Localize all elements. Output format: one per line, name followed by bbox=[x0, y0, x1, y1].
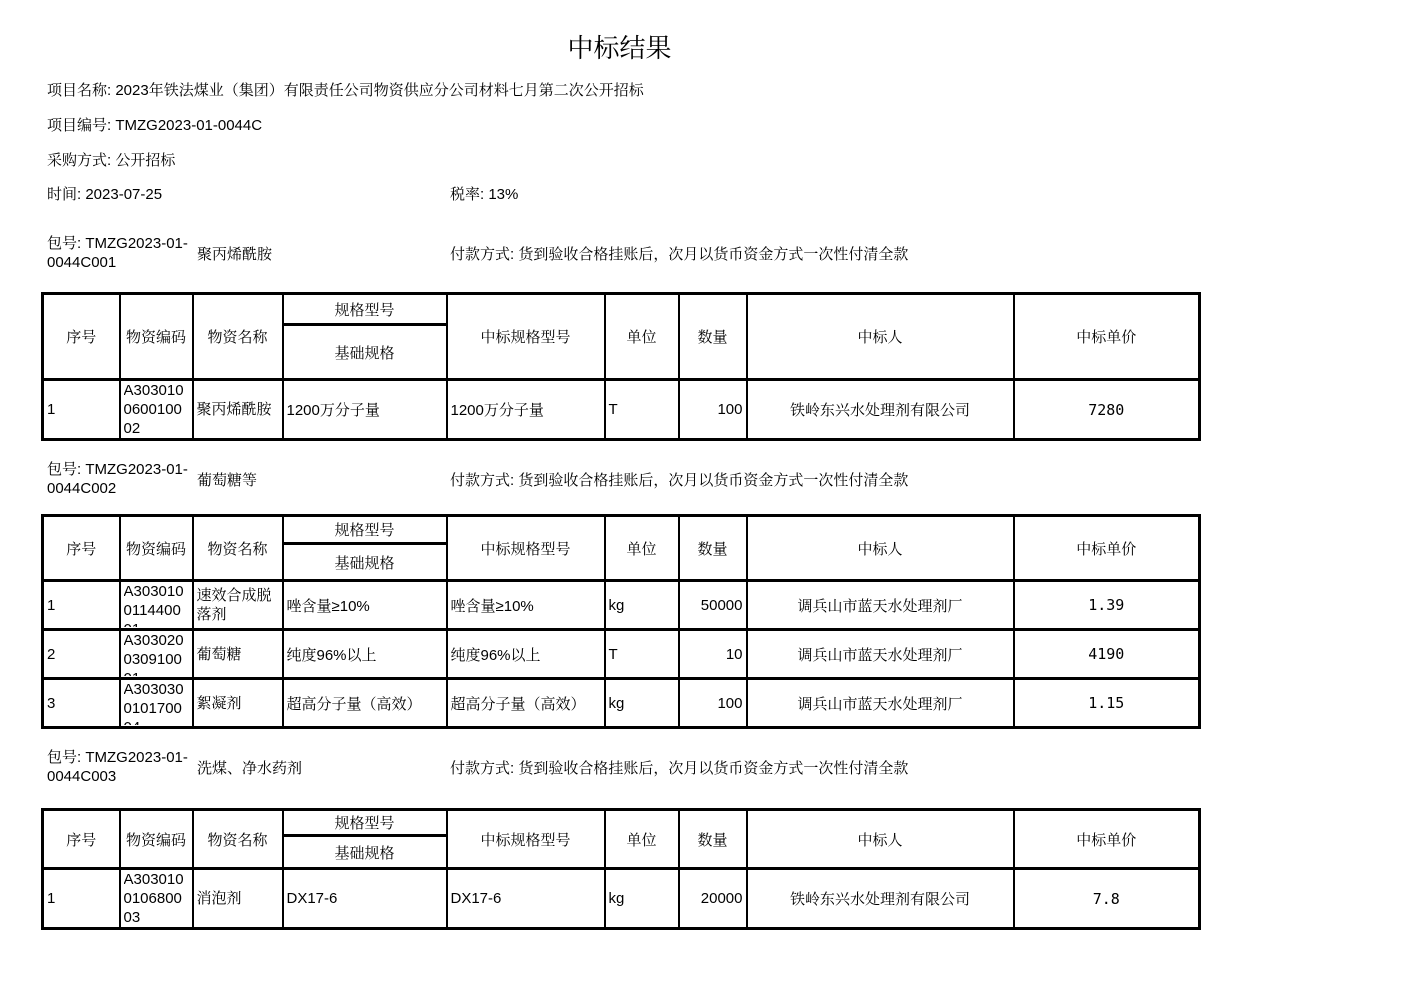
col-header-price: 中标单价 bbox=[1014, 810, 1200, 869]
col-header-name: 物资名称 bbox=[193, 294, 283, 380]
payment-terms-value: 货到验收合格挂账后，次月以货币资金方式一次性付清全款 bbox=[518, 246, 908, 263]
time-value: 2023-07-25 bbox=[85, 186, 162, 203]
package-number-label: 包号: bbox=[47, 749, 81, 766]
col-header-win-spec: 中标规格型号 bbox=[447, 810, 605, 869]
cell-seq: 2 bbox=[43, 630, 120, 679]
col-header-winner: 中标人 bbox=[747, 810, 1014, 869]
col-header-seq: 序号 bbox=[43, 294, 120, 380]
page-title: 中标结果 bbox=[41, 34, 1198, 64]
payment-terms-2: 付款方式: 货到验收合格挂账后，次月以货币资金方式一次性付清全款 bbox=[450, 469, 1198, 490]
procurement-method-line: 采购方式: 公开招标 bbox=[47, 152, 1198, 169]
col-header-winner: 中标人 bbox=[747, 294, 1014, 380]
cell-unit: kg bbox=[605, 869, 679, 929]
col-header-code: 物资编码 bbox=[120, 810, 193, 869]
procurement-method-label: 采购方式: bbox=[47, 152, 111, 169]
col-header-price: 中标单价 bbox=[1014, 294, 1200, 380]
cell-material-name: 絮凝剂 bbox=[193, 679, 283, 728]
table-row: 1 A303010011440001 速效合成脱落剂 唑含量≥10% 唑含量≥1… bbox=[43, 581, 1200, 630]
project-number-line: 项目编号: TMZG2023-01-0044C bbox=[47, 117, 1198, 134]
document-content: 中标结果 项目名称: 2023年铁法煤业（集团）有限责任公司物资供应分公司材料七… bbox=[0, 0, 1198, 930]
cell-qty: 50000 bbox=[679, 581, 747, 630]
time-field: 时间: 2023-07-25 bbox=[47, 186, 450, 203]
cell-win-spec: DX17-6 bbox=[447, 869, 605, 929]
cell-price: 7.8 bbox=[1014, 869, 1200, 929]
cell-winner: 铁岭东兴水处理剂有限公司 bbox=[747, 380, 1014, 440]
cell-material-code: A303010060010002 bbox=[120, 380, 193, 440]
col-header-unit: 单位 bbox=[605, 516, 679, 581]
cell-price: 1.15 bbox=[1014, 679, 1200, 728]
project-name-label: 项目名称: bbox=[47, 82, 111, 99]
cell-price: 4190 bbox=[1014, 630, 1200, 679]
package-header-1: 包号: TMZG2023-01-0044C001 聚丙烯酰胺 付款方式: 货到验… bbox=[47, 234, 1198, 272]
cell-unit: kg bbox=[605, 581, 679, 630]
cell-unit: T bbox=[605, 630, 679, 679]
cell-unit: kg bbox=[605, 679, 679, 728]
cell-qty: 100 bbox=[679, 679, 747, 728]
project-number-value: TMZG2023-01-0044C bbox=[115, 117, 262, 134]
col-header-seq: 序号 bbox=[43, 810, 120, 869]
col-header-win-spec: 中标规格型号 bbox=[447, 294, 605, 380]
project-name-line: 项目名称: 2023年铁法煤业（集团）有限责任公司物资供应分公司材料七月第二次公… bbox=[47, 82, 1198, 99]
time-tax-line: 时间: 2023-07-25 税率: 13% bbox=[47, 186, 1198, 203]
table-row: 2 A303020030910001 葡萄糖 纯度96%以上 纯度96%以上 T… bbox=[43, 630, 1200, 679]
package-header-3: 包号: TMZG2023-01-0044C003 洗煤、净水药剂 付款方式: 货… bbox=[47, 748, 1198, 786]
time-label: 时间: bbox=[47, 186, 81, 203]
package-number-2: 包号: TMZG2023-01-0044C002 bbox=[47, 460, 197, 498]
col-header-base-spec: 基础规格 bbox=[283, 836, 447, 869]
payment-terms-value: 货到验收合格挂账后，次月以货币资金方式一次性付清全款 bbox=[518, 472, 908, 489]
cell-seq: 1 bbox=[43, 869, 120, 929]
table-row: 1 A303010010680003 消泡剂 DX17-6 DX17-6 kg … bbox=[43, 869, 1200, 929]
cell-base-spec: 唑含量≥10% bbox=[283, 581, 447, 630]
tax-rate-value: 13% bbox=[488, 186, 518, 203]
cell-winner: 调兵山市蓝天水处理剂厂 bbox=[747, 630, 1014, 679]
col-header-name: 物资名称 bbox=[193, 516, 283, 581]
project-name-value: 2023年铁法煤业（集团）有限责任公司物资供应分公司材料七月第二次公开招标 bbox=[115, 82, 643, 99]
cell-qty: 100 bbox=[679, 380, 747, 440]
package-number-1: 包号: TMZG2023-01-0044C001 bbox=[47, 234, 197, 272]
col-header-spec: 规格型号 bbox=[283, 294, 447, 325]
payment-terms-value: 货到验收合格挂账后，次月以货币资金方式一次性付清全款 bbox=[518, 760, 908, 777]
cell-win-spec: 唑含量≥10% bbox=[447, 581, 605, 630]
cell-qty: 20000 bbox=[679, 869, 747, 929]
col-header-winner: 中标人 bbox=[747, 516, 1014, 581]
payment-terms-label: 付款方式: bbox=[450, 246, 514, 263]
cell-material-name: 聚丙烯酰胺 bbox=[193, 380, 283, 440]
col-header-base-spec: 基础规格 bbox=[283, 325, 447, 380]
cell-winner: 调兵山市蓝天水处理剂厂 bbox=[747, 581, 1014, 630]
bid-results-table-3: 序号 物资编码 物资名称 规格型号 中标规格型号 单位 数量 中标人 中标单价 … bbox=[41, 808, 1201, 930]
package-name-3: 洗煤、净水药剂 bbox=[197, 757, 450, 778]
col-header-unit: 单位 bbox=[605, 810, 679, 869]
cell-base-spec: 纯度96%以上 bbox=[283, 630, 447, 679]
cell-unit: T bbox=[605, 380, 679, 440]
cell-win-spec: 1200万分子量 bbox=[447, 380, 605, 440]
col-header-qty: 数量 bbox=[679, 516, 747, 581]
tax-rate-label: 税率: bbox=[450, 186, 484, 203]
cell-seq: 1 bbox=[43, 380, 120, 440]
cell-price: 1.39 bbox=[1014, 581, 1200, 630]
col-header-qty: 数量 bbox=[679, 810, 747, 869]
cell-seq: 1 bbox=[43, 581, 120, 630]
cell-win-spec: 纯度96%以上 bbox=[447, 630, 605, 679]
cell-material-name: 速效合成脱落剂 bbox=[193, 581, 283, 630]
col-header-seq: 序号 bbox=[43, 516, 120, 581]
bid-results-table-1: 序号 物资编码 物资名称 规格型号 中标规格型号 单位 数量 中标人 中标单价 … bbox=[41, 292, 1201, 441]
payment-terms-1: 付款方式: 货到验收合格挂账后，次月以货币资金方式一次性付清全款 bbox=[450, 243, 1198, 264]
cell-material-name: 葡萄糖 bbox=[193, 630, 283, 679]
procurement-method-value: 公开招标 bbox=[115, 152, 175, 169]
col-header-base-spec: 基础规格 bbox=[283, 544, 447, 581]
col-header-qty: 数量 bbox=[679, 294, 747, 380]
cell-base-spec: 超高分子量（高效） bbox=[283, 679, 447, 728]
package-number-label: 包号: bbox=[47, 235, 81, 252]
cell-base-spec: DX17-6 bbox=[283, 869, 447, 929]
col-header-code: 物资编码 bbox=[120, 516, 193, 581]
cell-material-code: A303020030910001 bbox=[120, 630, 193, 679]
cell-material-name: 消泡剂 bbox=[193, 869, 283, 929]
payment-terms-3: 付款方式: 货到验收合格挂账后，次月以货币资金方式一次性付清全款 bbox=[450, 757, 1198, 778]
cell-material-code: A303010011440001 bbox=[120, 581, 193, 630]
cell-price: 7280 bbox=[1014, 380, 1200, 440]
bid-results-document: 中标结果 项目名称: 2023年铁法煤业（集团）有限责任公司物资供应分公司材料七… bbox=[0, 0, 1403, 992]
table-row: 1 A303010060010002 聚丙烯酰胺 1200万分子量 1200万分… bbox=[43, 380, 1200, 440]
bid-results-table-2: 序号 物资编码 物资名称 规格型号 中标规格型号 单位 数量 中标人 中标单价 … bbox=[41, 514, 1201, 729]
cell-winner: 铁岭东兴水处理剂有限公司 bbox=[747, 869, 1014, 929]
col-header-price: 中标单价 bbox=[1014, 516, 1200, 581]
package-number-3: 包号: TMZG2023-01-0044C003 bbox=[47, 748, 197, 786]
table-row: 3 A303030010170004 絮凝剂 超高分子量（高效） 超高分子量（高… bbox=[43, 679, 1200, 728]
col-header-unit: 单位 bbox=[605, 294, 679, 380]
col-header-win-spec: 中标规格型号 bbox=[447, 516, 605, 581]
cell-material-code: A303030010170004 bbox=[120, 679, 193, 728]
payment-terms-label: 付款方式: bbox=[450, 472, 514, 489]
cell-material-code: A303010010680003 bbox=[120, 869, 193, 929]
col-header-name: 物资名称 bbox=[193, 810, 283, 869]
col-header-code: 物资编码 bbox=[120, 294, 193, 380]
col-header-spec: 规格型号 bbox=[283, 516, 447, 544]
project-number-label: 项目编号: bbox=[47, 117, 111, 134]
package-name-1: 聚丙烯酰胺 bbox=[197, 243, 450, 264]
payment-terms-label: 付款方式: bbox=[450, 760, 514, 777]
package-header-2: 包号: TMZG2023-01-0044C002 葡萄糖等 付款方式: 货到验收… bbox=[47, 460, 1198, 498]
tax-rate-field: 税率: 13% bbox=[450, 186, 518, 203]
cell-base-spec: 1200万分子量 bbox=[283, 380, 447, 440]
col-header-spec: 规格型号 bbox=[283, 810, 447, 836]
cell-qty: 10 bbox=[679, 630, 747, 679]
cell-seq: 3 bbox=[43, 679, 120, 728]
cell-winner: 调兵山市蓝天水处理剂厂 bbox=[747, 679, 1014, 728]
package-name-2: 葡萄糖等 bbox=[197, 469, 450, 490]
package-number-label: 包号: bbox=[47, 461, 81, 478]
cell-win-spec: 超高分子量（高效） bbox=[447, 679, 605, 728]
